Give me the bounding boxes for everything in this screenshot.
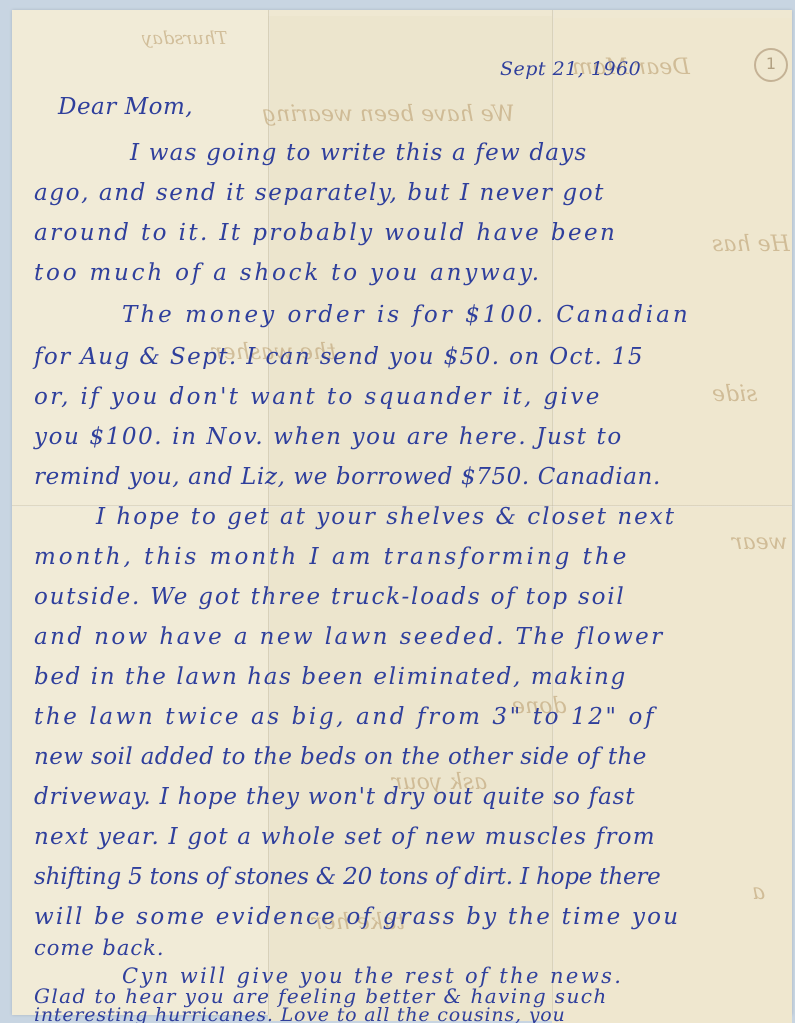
letter-line: new soil added to the beds on the other … <box>34 744 647 770</box>
letter-line: too much of a shock to you anyway. <box>34 260 542 286</box>
letter-line: I hope to get at your shelves & closet n… <box>96 504 676 530</box>
letter-line: next year. I got a whole set of new musc… <box>34 824 656 850</box>
bleed-text: side <box>712 382 757 407</box>
letter-line: The money order is for $100. Canadian <box>122 302 691 328</box>
letter-paper: Thursday Dear Mom We have been wearing H… <box>12 10 792 1015</box>
letter-line: driveway. I hope they won't dry out quit… <box>34 784 635 810</box>
letter-line: month, this month I am transforming the <box>34 544 629 570</box>
letter-line: the lawn twice as big, and from 3" to 12… <box>34 704 656 730</box>
page-number: 1 <box>754 48 788 82</box>
letter-line: I was going to write this a few days <box>130 140 587 166</box>
letter-line: ago, and send it separately, but I never… <box>34 180 605 206</box>
letter-line: come back. <box>34 936 165 960</box>
letter-line: outside. We got three truck-loads of top… <box>34 584 626 610</box>
letter-line: will be some evidence of grass by the ti… <box>34 904 680 930</box>
bleed-text: He has <box>712 232 790 257</box>
letter-line: around to it. It probably would have bee… <box>34 220 617 246</box>
letter-line: and now have a new lawn seeded. The flow… <box>34 624 665 650</box>
letter-line: shifting 5 tons of stones & 20 tons of d… <box>34 864 661 890</box>
letter-line: for Aug & Sept. I can send you $50. on O… <box>34 344 644 370</box>
bleed-text: wear <box>732 530 787 555</box>
letter-line: bed in the lawn has been eliminated, mak… <box>34 664 627 690</box>
bleed-text: We have been wearing <box>262 102 515 127</box>
letter-line: interesting hurricanes. Love to all the … <box>34 1004 566 1023</box>
salutation: Dear Mom, <box>58 94 193 120</box>
letter-line: remind you, and Liz, we borrowed $750. C… <box>34 464 661 490</box>
bleed-text: a <box>752 880 765 905</box>
letter-line: or, if you don't want to squander it, gi… <box>34 384 602 410</box>
bleed-text: Thursday <box>142 28 227 49</box>
letter-date: Sept 21, 1960 <box>500 58 641 80</box>
letter-line: you $100. in Nov. when you are here. Jus… <box>34 424 623 450</box>
